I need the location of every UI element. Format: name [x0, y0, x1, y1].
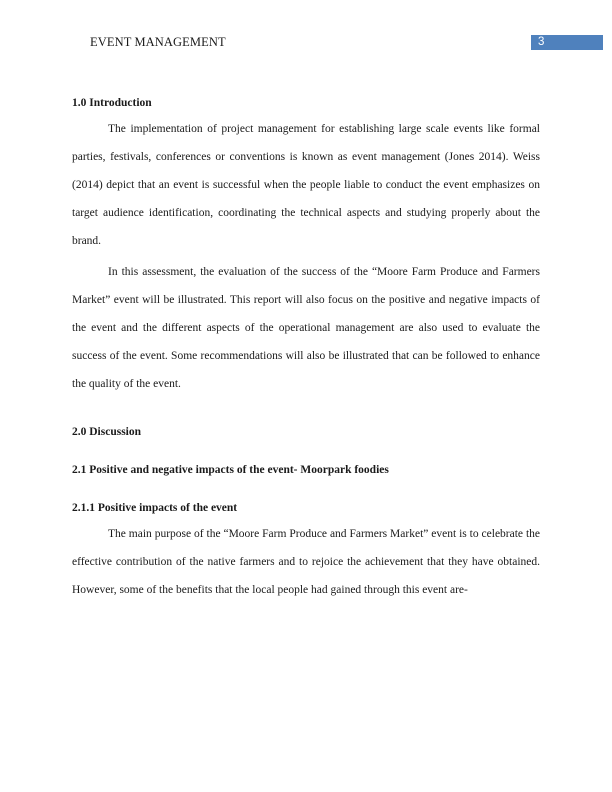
heading-positive-impacts: 2.1.1 Positive impacts of the event	[72, 500, 540, 516]
running-header: EVENT MANAGEMENT	[90, 35, 226, 50]
paragraph-intro-2: In this assessment, the evaluation of th…	[72, 258, 540, 398]
heading-introduction: 1.0 Introduction	[72, 95, 540, 111]
paragraph-intro-1: The implementation of project management…	[72, 115, 540, 255]
document-body: 1.0 Introduction The implementation of p…	[72, 95, 540, 604]
paragraph-positive-1: The main purpose of the “Moore Farm Prod…	[72, 520, 540, 604]
heading-discussion: 2.0 Discussion	[72, 424, 540, 440]
heading-impacts: 2.1 Positive and negative impacts of the…	[72, 462, 540, 478]
page-number-badge: 3	[531, 35, 603, 50]
